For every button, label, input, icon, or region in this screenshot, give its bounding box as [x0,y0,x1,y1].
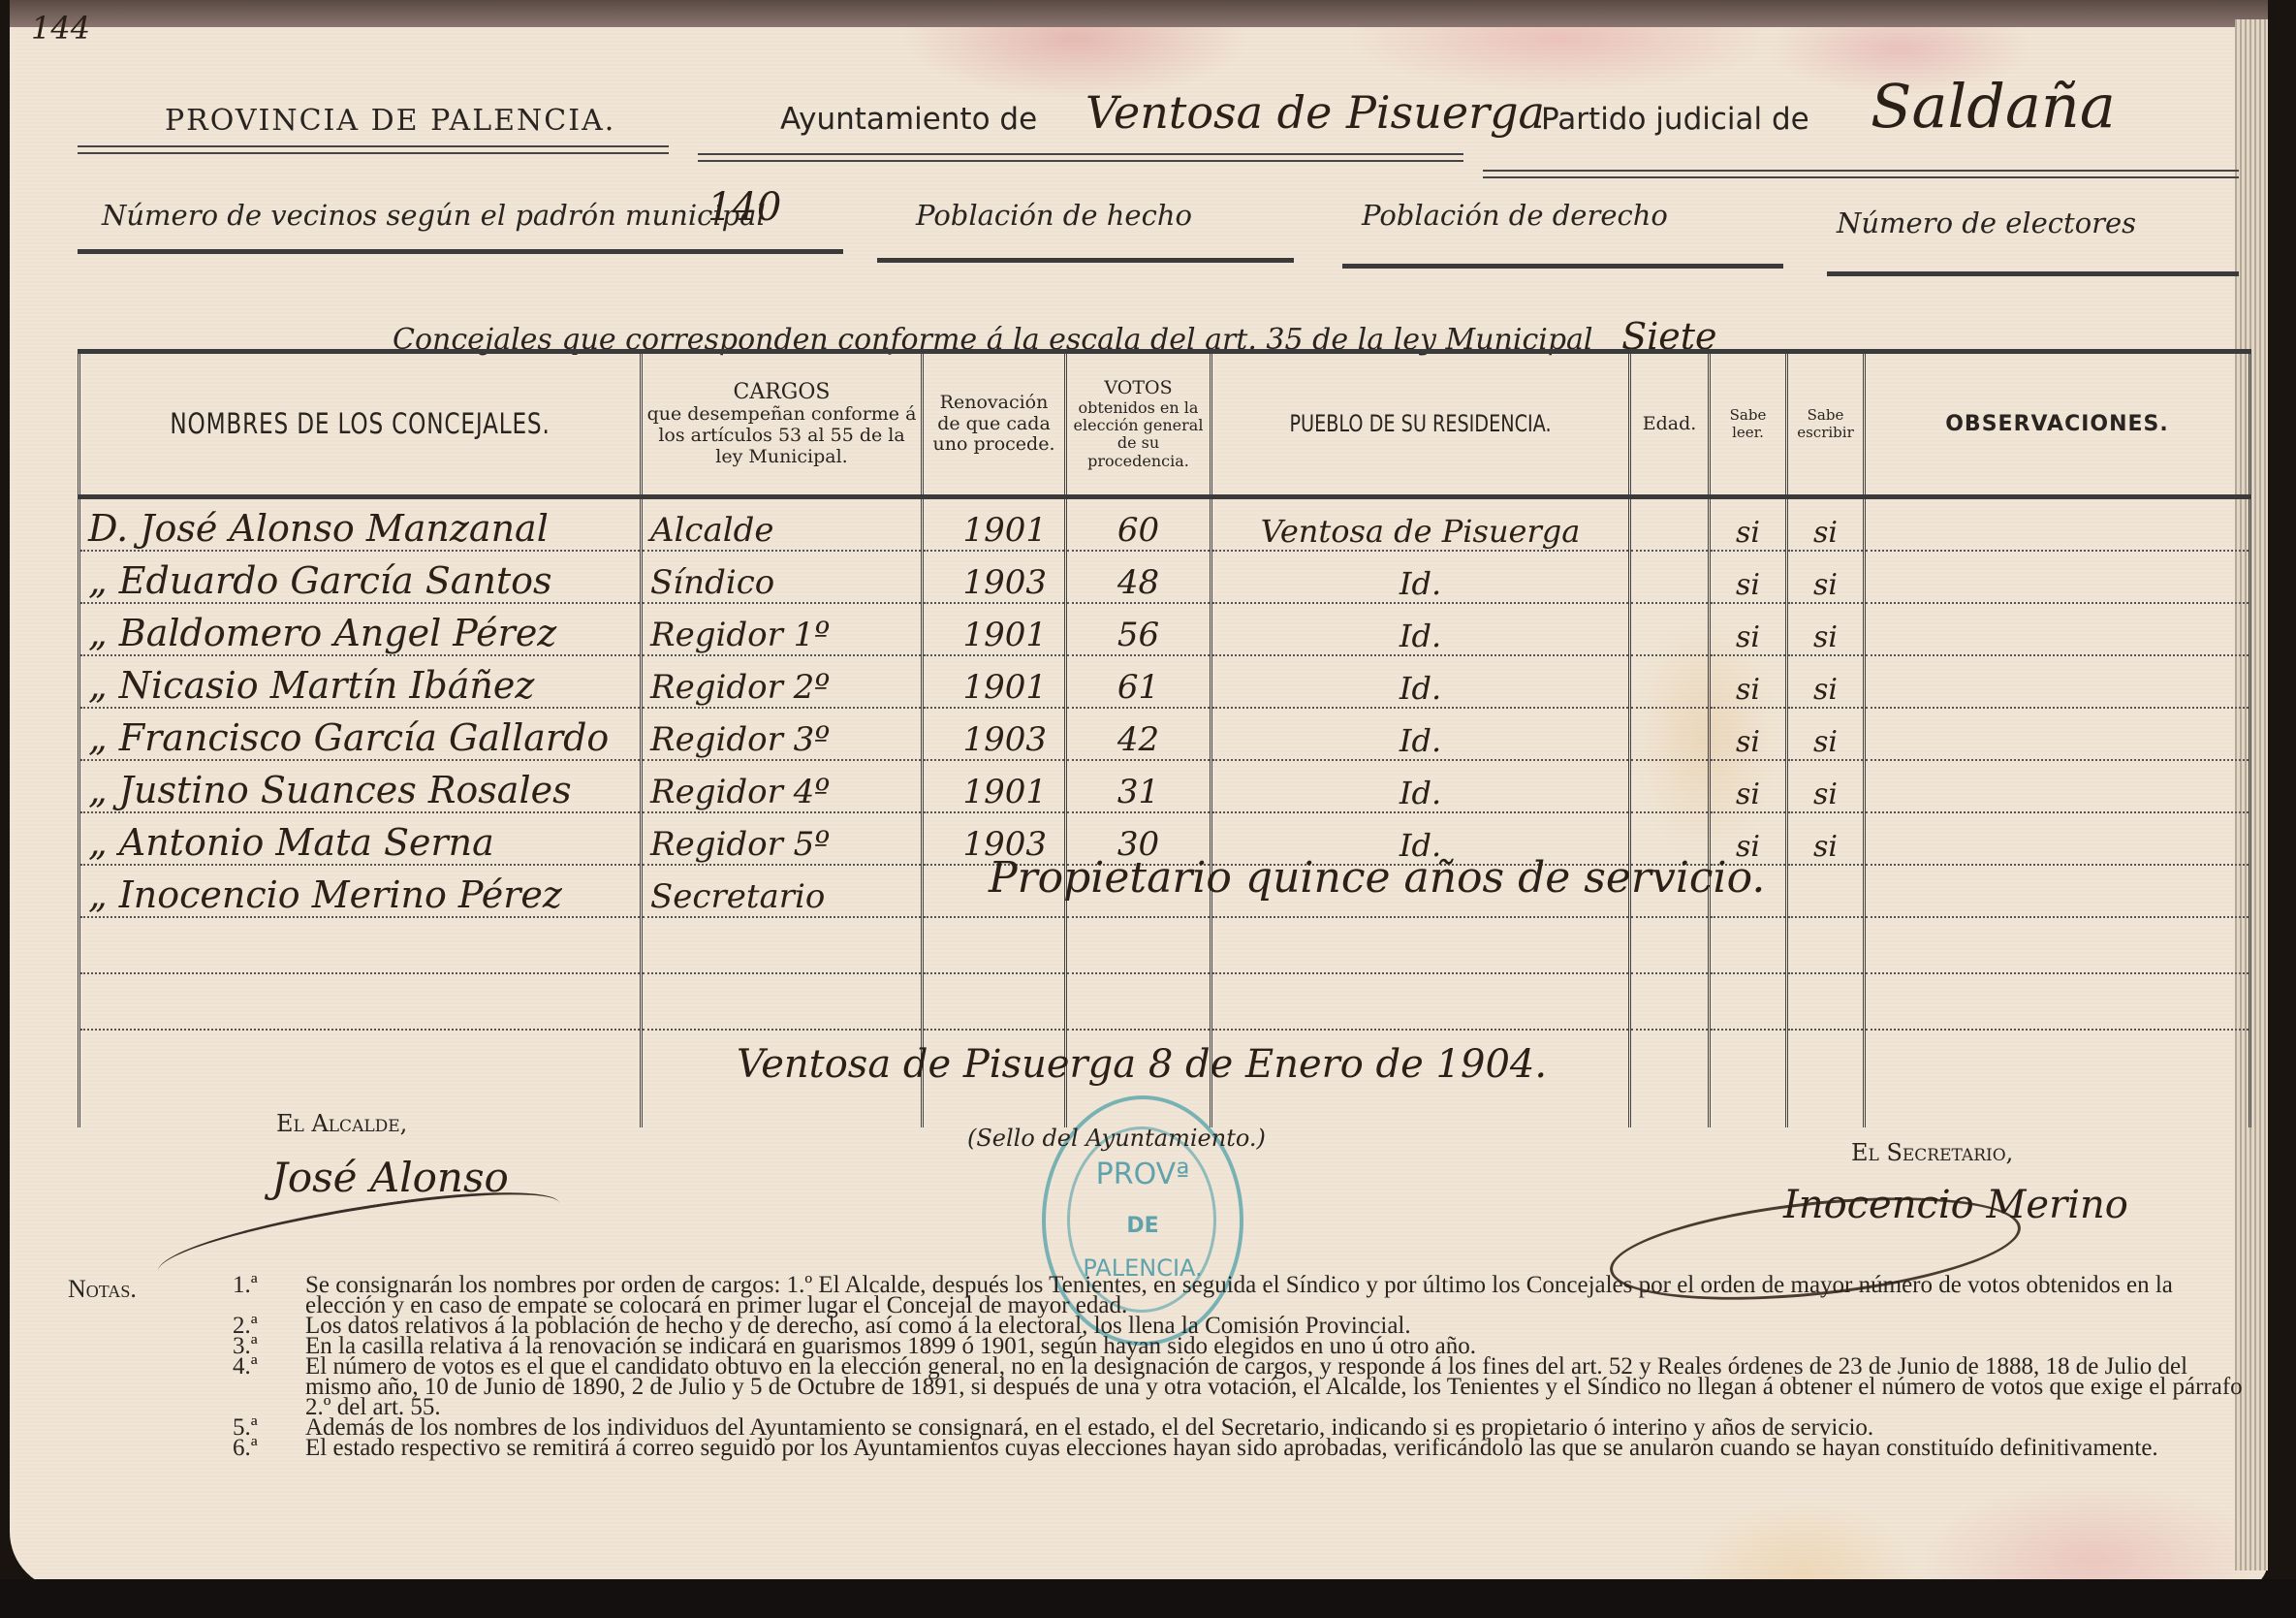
empty-cell [1865,917,2250,973]
header-renovacion: Renovación de que cada uno procede. [923,352,1066,497]
document-page: 144 PROVINCIA DE PALENCIA. Ayuntamiento … [10,0,2268,1590]
cell-renovacion: 1903 [923,551,1066,603]
table-row: „ Francisco García GallardoRegidor 3º190… [79,708,2250,760]
table-row: „ Nicasio Martín IbáñezRegidor 2º190161I… [79,655,2250,708]
cell-nombre: „ Baldomero Angel Pérez [79,603,642,655]
empty-cell [1865,1030,2250,1127]
cell-observaciones [1865,812,2250,865]
divider [1827,271,2239,276]
cell-votos: 42 [1066,708,1211,760]
empty-cell [1710,917,1787,973]
empty-cell [1211,973,1630,1030]
cell-renovacion: 1903 [923,708,1066,760]
cell-escribir: si [1787,655,1865,708]
ayuntamiento-label: Ayuntamiento de [780,102,1037,137]
poblacion-hecho-label: Población de hecho [916,199,1192,232]
nota-number: 4.ª [233,1356,305,1377]
cell-leer: si [1710,603,1787,655]
empty-cell [1787,973,1865,1030]
cell-leer: si [1710,551,1787,603]
cell-cargo: Regidor 5º [642,812,923,865]
cell-escribir: si [1787,760,1865,812]
header-edad: Edad. [1630,352,1710,497]
nota-item: 1.ªSe consignarán los nombres por orden … [68,1275,2258,1316]
cell-nombre: „ Inocencio Merino Pérez [79,865,642,917]
empty-cell [642,973,923,1030]
vecinos-label: Número de vecinos según el padrón munici… [102,199,766,232]
table-row: „ Eduardo García SantosSíndico190348Id.s… [79,551,2250,603]
cell-cargo: Secretario [642,865,923,917]
cell-edad [1630,603,1710,655]
cell-leer: si [1710,497,1787,552]
sello-label: (Sello del Ayuntamiento.) [967,1125,1266,1152]
book-shadow [0,1579,2296,1618]
cell-leer: si [1710,760,1787,812]
empty-cell [1787,1030,1865,1127]
header-escribir: Sabe escribir [1787,352,1865,497]
poblacion-derecho-label: Población de derecho [1362,199,1668,232]
cell-observaciones [1865,551,2250,603]
nota-text: El estado respectivo se remitirá á corre… [305,1435,2158,1461]
secretario-note: Propietario quince años de servicio. [989,853,1765,903]
nota-item: 4.ªEl número de votos es el que el candi… [68,1356,2258,1417]
cell-pueblo: Id. [1211,551,1630,603]
cell-renovacion: 1901 [923,760,1066,812]
empty-cell [1865,973,2250,1030]
cell-votos: 48 [1066,551,1211,603]
cell-edad [1630,497,1710,552]
cell-observaciones [1865,603,2250,655]
cell-cargo: Síndico [642,551,923,603]
cell-cargo: Regidor 3º [642,708,923,760]
cell-nombre: „ Nicasio Martín Ibáñez [79,655,642,708]
provincia-title: PROVINCIA DE PALENCIA. [165,104,615,138]
census-row: Número de vecinos según el padrón munici… [102,189,2210,247]
cell-nombre: „ Francisco García Gallardo [79,708,642,760]
cell-edad [1630,760,1710,812]
table-row: „ Baldomero Angel PérezRegidor 1º190156I… [79,603,2250,655]
empty-cell [642,917,923,973]
cell-escribir: si [1787,812,1865,865]
ayuntamiento-value: Ventosa de Pisuerga [1085,86,1545,139]
empty-cell [1066,973,1211,1030]
secretario-signature: Inocencio Merino [1783,1183,2128,1227]
cell-edad [1630,708,1710,760]
secretario-label: El Secretario, [1851,1139,2013,1166]
partido-value: Saldaña [1871,71,2116,142]
cell-renovacion: 1901 [923,603,1066,655]
cell-votos: 61 [1066,655,1211,708]
divider [1483,170,2239,178]
cell-cargo: Regidor 4º [642,760,923,812]
empty-cell [1630,917,1710,973]
cell-nombre: „ Justino Suances Rosales [79,760,642,812]
page-top-edge [10,0,2268,27]
nota-number: 6.ª [233,1438,305,1458]
cell-observaciones [1865,655,2250,708]
header-votos: VOTOSobtenidos en la elección general de… [1066,352,1211,497]
cell-cargo: Regidor 2º [642,655,923,708]
table-row: „ Justino Suances RosalesRegidor 4º19013… [79,760,2250,812]
nota-item: 6.ªEl estado respectivo se remitirá á co… [68,1438,2258,1458]
alcalde-label: El Alcalde, [276,1110,407,1137]
cell-cargo: Alcalde [642,497,923,552]
cell-renovacion: 1901 [923,497,1066,552]
vecinos-value: 140 [708,185,781,230]
cell-observaciones [1865,708,2250,760]
cell-votos: 56 [1066,603,1211,655]
cell-edad [1630,655,1710,708]
cell-escribir: si [1787,603,1865,655]
header-leer: Sabe leer. [1710,352,1787,497]
header-nombres: NOMBRES DE LOS CONCEJALES. [79,352,642,497]
cell-votos: 31 [1066,760,1211,812]
empty-cell [1710,1030,1787,1127]
cell-observaciones [1865,497,2250,552]
empty-cell [79,917,642,973]
seal-line-1: PROVª [1046,1158,1240,1191]
empty-cell [1211,917,1630,973]
divider [78,145,669,154]
cell-pueblo: Id. [1211,655,1630,708]
cell-pueblo: Id. [1211,760,1630,812]
cell-votos: 60 [1066,497,1211,552]
cell-pueblo: Id. [1211,708,1630,760]
partido-label: Partido judicial de [1541,102,1809,137]
table-row-empty [79,917,2250,973]
cell-escribir: si [1787,497,1865,552]
cell-pueblo: Id. [1211,603,1630,655]
cell-pueblo: Ventosa de Pisuerga [1211,497,1630,552]
cell-nombre: „ Eduardo García Santos [79,551,642,603]
header-pueblo: PUEBLO DE SU RESIDENCIA. [1211,352,1630,497]
empty-cell [1710,973,1787,1030]
header-row: PROVINCIA DE PALENCIA. Ayuntamiento de V… [78,92,2210,150]
nota-text: Se consignarán los nombres por orden de … [305,1272,2173,1318]
cell-edad [1630,551,1710,603]
cell-leer: si [1710,708,1787,760]
cell-cargo: Regidor 1º [642,603,923,655]
empty-cell [1787,917,1865,973]
cell-leer: si [1710,655,1787,708]
table-row-empty [79,973,2250,1030]
header-observaciones: OBSERVACIONES. [1865,352,2250,497]
empty-cell [923,917,1066,973]
cell-escribir: si [1787,708,1865,760]
seal-line-2: DE [1046,1214,1240,1238]
cell-renovacion: 1901 [923,655,1066,708]
notas-section: Notas. 1.ªSe consignarán los nombres por… [68,1275,2258,1458]
header-cargos: CARGOSque desempeñan conforme á los artí… [642,352,923,497]
empty-cell [923,973,1066,1030]
electores-label: Número de electores [1837,206,2136,239]
empty-cell [1066,917,1211,973]
nota-text: El número de votos es el que el candidat… [305,1353,2243,1420]
cell-nombre: D. José Alonso Manzanal [79,497,642,552]
empty-cell [1630,973,1710,1030]
cell-observaciones [1865,865,2250,917]
nota-number: 1.ª [233,1275,305,1295]
cell-escribir [1787,865,1865,917]
empty-cell [1630,1030,1710,1127]
divider [877,258,1294,263]
empty-cell [79,973,642,1030]
page-number: 144 [31,10,90,47]
table-row: D. José Alonso ManzanalAlcalde190160Vent… [79,497,2250,552]
divider [698,153,1463,162]
dateline: Ventosa de Pisuerga 8 de Enero de 1904. [737,1042,1547,1087]
cell-escribir: si [1787,551,1865,603]
divider [1342,264,1783,269]
divider [78,249,843,254]
cell-observaciones [1865,760,2250,812]
cell-nombre: „ Antonio Mata Serna [79,812,642,865]
concejales-table: NOMBRES DE LOS CONCEJALES. CARGOSque des… [78,349,2251,1127]
